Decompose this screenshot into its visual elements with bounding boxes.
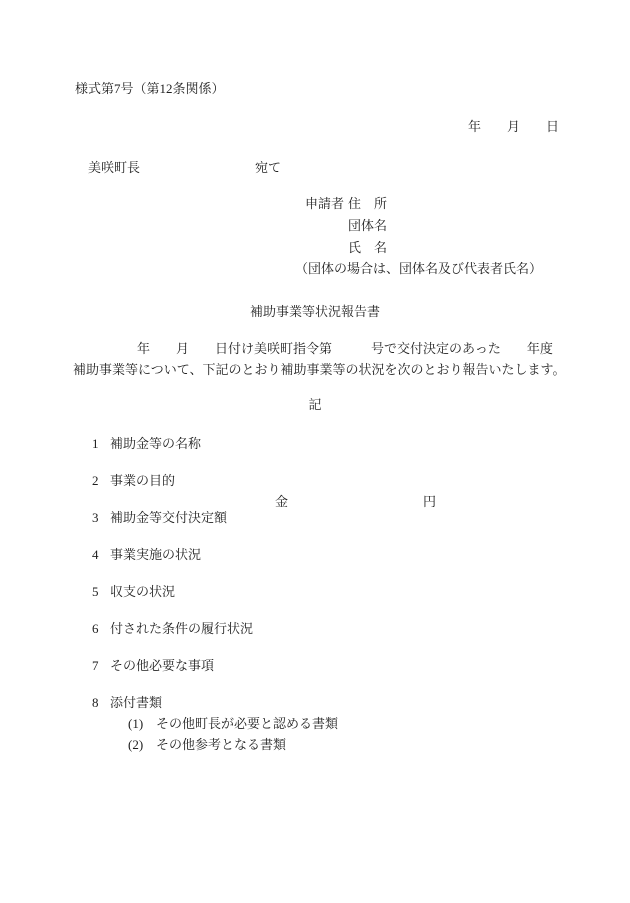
item-number: 1 — [92, 436, 110, 452]
applicant-field-organization: 団体名 — [348, 218, 387, 234]
item-number: 4 — [92, 547, 110, 563]
item-number: 3 — [92, 510, 110, 526]
sub-list-item-2: (2)その他参考となる書類 — [115, 721, 286, 768]
document-page: 様式第7号（第12条関係） 年 月 日 美咲町長 宛て 申請者 住 所 団体名 … — [0, 0, 630, 903]
item-label: 事業実施の状況 — [110, 547, 201, 562]
item-label: 事業の目的 — [110, 473, 175, 488]
amount-prefix: 金 — [275, 494, 288, 510]
addressee-name: 美咲町長 — [88, 160, 140, 176]
addressee-suffix: 宛て — [255, 160, 281, 176]
date-line: 年 月 日 — [468, 119, 559, 135]
document-title: 補助事業等状況報告書 — [0, 304, 630, 320]
form-number: 様式第7号（第12条関係） — [75, 81, 225, 97]
item-number: 2 — [92, 473, 110, 489]
applicant-note: （団体の場合は、団体名及び代表者氏名） — [295, 261, 542, 277]
item-label: 補助金等の名称 — [110, 436, 201, 451]
item-number: 7 — [92, 658, 110, 674]
applicant-field-name: 氏 名 — [348, 240, 387, 256]
sub-item-label: その他参考となる書類 — [156, 737, 286, 752]
ki-marker: 記 — [0, 397, 630, 413]
item-number: 8 — [92, 695, 110, 711]
item-number: 5 — [92, 584, 110, 600]
item-label: 補助金等交付決定額 — [110, 510, 227, 525]
applicant-field-address: 住 所 — [348, 196, 387, 212]
item-label: その他必要な事項 — [110, 658, 214, 673]
body-line-2: 補助事業等について、下記のとおり補助事業等の状況を次のとおり報告いたします。 — [73, 362, 565, 378]
body-line-1: 年 月 日付け美咲町指令第 号で交付決定のあった 年度 — [137, 341, 553, 357]
amount-suffix: 円 — [423, 494, 436, 510]
item-label: 収支の状況 — [110, 584, 175, 599]
item-number: 6 — [92, 621, 110, 637]
sub-item-number: (2) — [128, 737, 156, 753]
applicant-label: 申請者 — [305, 196, 344, 212]
item-label: 付された条件の履行状況 — [110, 621, 253, 636]
